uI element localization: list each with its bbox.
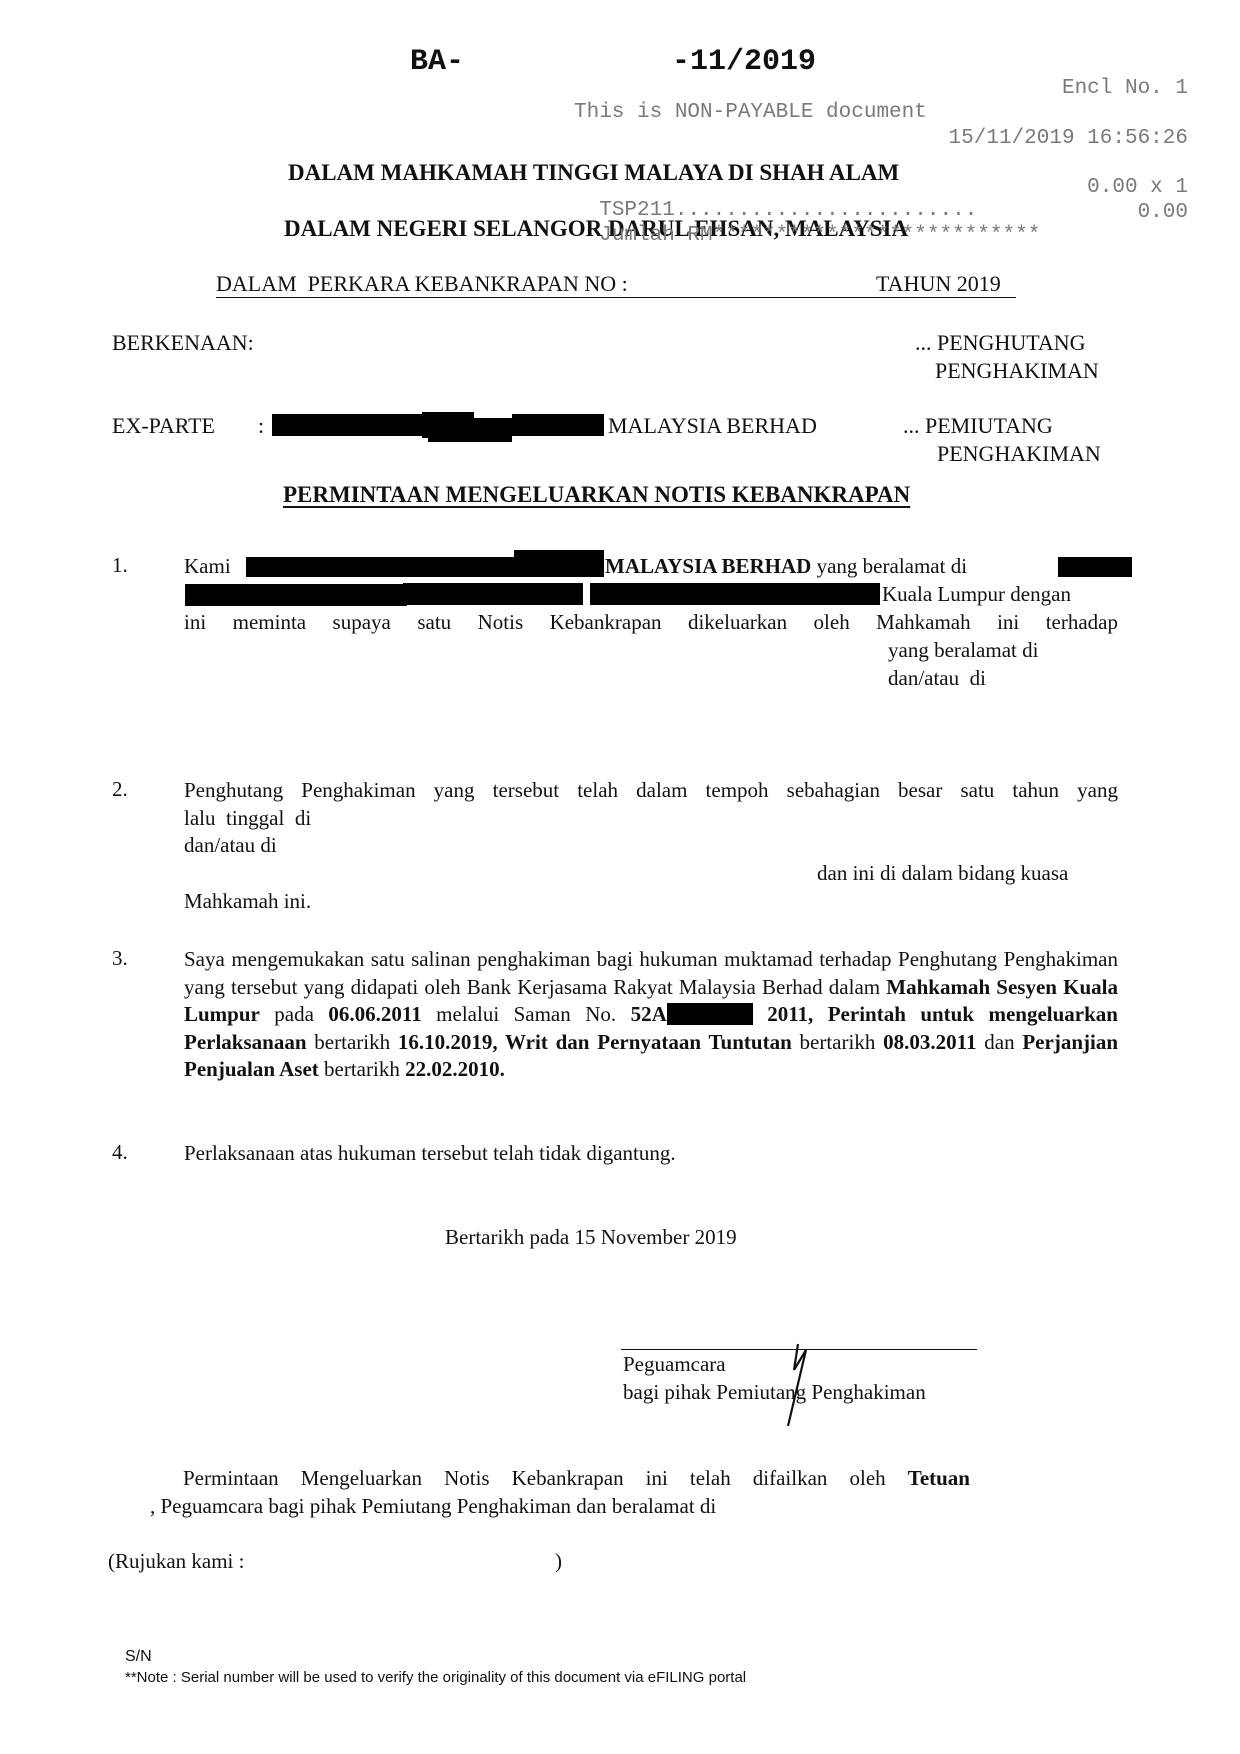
matter-year: TAHUN 2019 [876, 271, 1001, 297]
redaction-summons [667, 1003, 753, 1025]
exparte-colon: : [258, 413, 264, 439]
redaction-company-3 [514, 550, 604, 577]
stamp-enclosure: Encl No. 1 [1062, 77, 1188, 100]
p3-text-3: melalui Saman No. [422, 1002, 631, 1026]
signature-subtitle: bagi pihak Pemiutang Penghakiman [623, 1380, 926, 1405]
serial-number-label: S/N [125, 1648, 152, 1666]
stamp-payable-status: This is NON-PAYABLE document [574, 101, 927, 124]
signature-title: Peguamcara [623, 1352, 726, 1377]
p3-judgment-date: 06.06.2011 [328, 1002, 421, 1026]
stamp-total-stars: ************************** [713, 224, 1041, 247]
paragraph-2-line-1: Penghutang Penghakiman yang tersebut tel… [184, 777, 1118, 805]
dated-line: Bertarikh pada 15 November 2019 [445, 1225, 737, 1250]
stamp-timestamp: 15/11/2019 16:56:26 [949, 127, 1188, 150]
redaction-address-4 [590, 583, 775, 605]
p3-text-2: pada [260, 1002, 329, 1026]
debtor-role-2: PENGHAKIMAN [935, 358, 1099, 384]
creditor-name: MALAYSIA BERHAD [608, 413, 817, 439]
exparte-label: EX-PARTE [112, 413, 215, 439]
redaction-company-2 [421, 557, 514, 577]
matter-label: DALAM PERKARA KEBANKRAPAN NO : [216, 271, 628, 297]
debtor-role-1: ... PENGHUTANG [915, 330, 1086, 356]
paragraph-1-kami: Kami [184, 553, 231, 581]
redaction-address-2 [185, 584, 407, 606]
redaction-address-1 [1058, 557, 1132, 577]
reference-close: ) [555, 1549, 562, 1574]
p3-text-7: bertarikh [319, 1057, 405, 1081]
stamp-total-label: Jumlah RM [599, 224, 712, 247]
stamp-total-line: Jumlah RM************************** [574, 201, 1040, 247]
filing-line-2: , Peguamcara bagi pihak Pemiutang Pengha… [150, 1494, 716, 1519]
paragraph-2-line-3: dan/atau di [184, 832, 277, 860]
paragraph-4-number: 4. [112, 1140, 128, 1165]
serial-note: **Note : Serial number will be used to v… [125, 1669, 746, 1686]
p3-text-4: bertarikh [307, 1030, 398, 1054]
paragraph-1-address-1: yang beralamat di [888, 637, 1038, 665]
address-intro: yang beralamat di [817, 554, 967, 578]
company-name: MALAYSIA BERHAD [605, 554, 811, 578]
paragraph-2-line-2: lalu tinggal di [184, 805, 311, 833]
redaction-address-3 [403, 583, 583, 605]
case-number-prefix: BA- [410, 45, 464, 79]
redaction-creditor-3 [428, 418, 512, 442]
paragraph-2-line-4: dan ini di dalam bidang kuasa [817, 860, 1068, 888]
redaction-company-1 [246, 557, 421, 577]
filing-text: Permintaan Mengeluarkan Notis Kebankrapa… [183, 1466, 908, 1490]
paragraph-1-request: ini meminta supaya satu Notis Kebankrapa… [184, 609, 1118, 637]
redaction-creditor-1 [272, 414, 422, 436]
paragraph-1-company: MALAYSIA BERHAD yang beralamat di [605, 553, 967, 581]
filing-line-1: Permintaan Mengeluarkan Notis Kebankrapa… [183, 1466, 970, 1491]
document-title: PERMINTAAN MENGELUARKAN NOTIS KEBANKRAPA… [283, 482, 910, 508]
p3-text-5: bertarikh [792, 1030, 883, 1054]
p3-agreement-date: 22.02.2010. [405, 1057, 505, 1081]
paragraph-4-text: Perlaksanaan atas hukuman tersebut telah… [184, 1140, 676, 1168]
paragraph-3-number: 3. [112, 946, 128, 971]
redaction-address-5 [775, 583, 880, 605]
paragraph-1-address-2: dan/atau di [888, 665, 986, 693]
paragraph-2-line-5: Mahkamah ini. [184, 888, 311, 916]
creditor-role-2: PENGHAKIMAN [937, 441, 1101, 467]
stamp-total-value: 0.00 [1138, 201, 1188, 224]
case-number-suffix: -11/2019 [672, 45, 816, 79]
paragraph-2-number: 2. [112, 777, 128, 802]
p3-text-6: dan [976, 1030, 1022, 1054]
p3-summons-no: 52A [631, 1002, 667, 1026]
berkenaan-label: BERKENAAN: [112, 330, 254, 356]
reference-label: (Rujukan kami : [108, 1549, 244, 1574]
paragraph-1-city: Kuala Lumpur dengan [882, 581, 1071, 609]
p3-order-date: 16.10.2019, Writ dan Pernyataan Tuntutan [398, 1030, 792, 1054]
paragraph-1-number: 1. [112, 553, 128, 578]
redaction-creditor-4 [512, 414, 604, 436]
p3-writ-date: 08.03.2011 [883, 1030, 976, 1054]
creditor-role-1: ... PEMIUTANG [903, 413, 1053, 439]
paragraph-3-text: Saya mengemukakan satu salinan penghakim… [184, 946, 1118, 1084]
filing-firm-prefix: Tetuan [908, 1466, 970, 1490]
stamp-fee-value: 0.00 x 1 [1087, 176, 1188, 199]
